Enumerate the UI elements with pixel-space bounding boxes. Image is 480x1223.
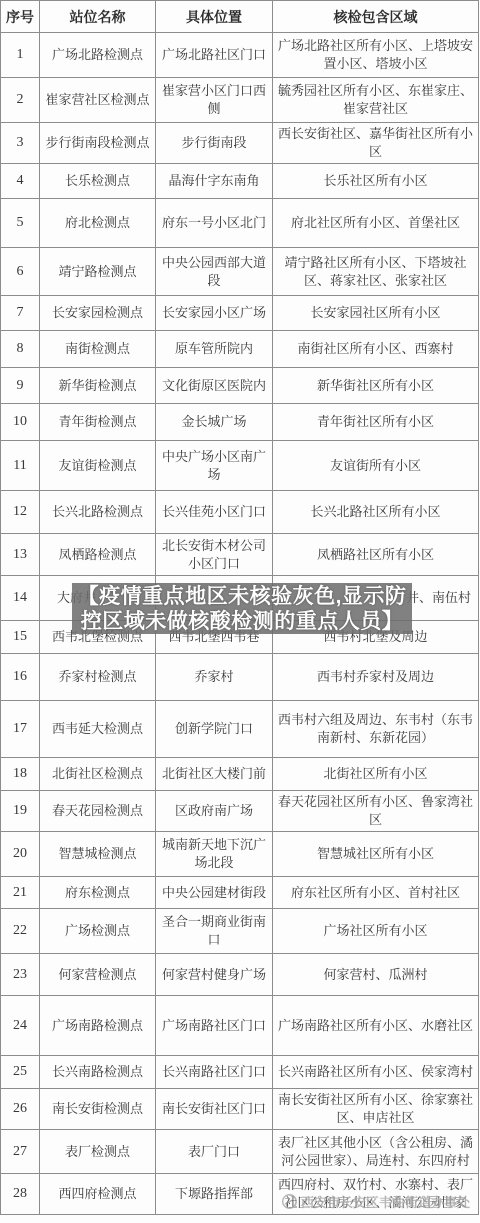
cell-region: 长兴北路社区所有小区 [273,491,478,533]
cell-location: 金长城广场 [156,404,273,440]
cell-name: 崔家营社区检测点 [40,78,156,122]
cell-region: 广场社区所有小区 [273,909,478,953]
column-header: 核检包含区域 [273,1,478,32]
cell-name: 南街检测点 [40,331,156,367]
cell-region: 智慧城社区所有小区 [273,832,478,876]
cell-location: 中央公园建材街段 [156,877,273,908]
cell-location: 下塬路指挥部 [156,1174,273,1214]
cell-name: 西韦延大检测点 [40,701,156,757]
cell-region: 西韦村乔家村及周边 [273,654,478,700]
cell-region: 友谊街所有小区 [273,441,478,490]
table-row: 27表厂检测点表厂门口表厂社区其他小区（含公租房、潏河公园世家）、局连村、东四府… [1,1130,478,1174]
table-row: 9新华街检测点文化街原区医院内新华街社区所有小区 [1,368,478,404]
column-header: 序号 [1,1,40,32]
cell-seq: 27 [1,1130,40,1173]
cell-region: 表厂社区其他小区（含公租房、潏河公园世家）、局连村、东四府村 [273,1130,478,1173]
cell-name: 长兴南路检测点 [40,1056,156,1088]
column-header: 具体位置 [156,1,273,32]
cell-location: 北长安街木材公司小区门口 [156,534,273,575]
cell-name: 乔家村检测点 [40,654,156,700]
cell-name: 长兴北路检测点 [40,491,156,533]
cell-region: 府东社区所有小区、首村社区 [273,877,478,908]
watermark: 西安市长安区韦曲街道办事处 [281,1192,470,1211]
cell-seq: 2 [1,78,40,122]
cell-region: 靖宁路社区所有小区、下塔坡社区、蒋家社区、张家社区 [273,248,478,295]
table-row: 1广场北路检测点广场北路社区门口广场北路社区所有小区、上塔坡安置小区、塔坡小区 [1,33,478,78]
cell-seq: 10 [1,404,40,440]
cell-seq: 24 [1,996,40,1055]
cell-region: 府北社区所有小区、首堡社区 [273,199,478,247]
cell-region: 春天花园社区所有小区、鲁家湾社区 [273,791,478,831]
table-row: 26南长安街检测点南长安街社区门口南长安街社区所有小区、徐家寨社区、申店社区 [1,1089,478,1130]
cell-location: 中央公园西部大道段 [156,248,273,295]
cell-name: 广场检测点 [40,909,156,953]
table-row: 5府北检测点府东一号小区北门府北社区所有小区、首堡社区 [1,199,478,248]
cell-location: 府东一号小区北门 [156,199,273,247]
table-row: 10青年街检测点金长城广场青年街社区所有小区 [1,404,478,441]
cell-name: 凤栖路检测点 [40,534,156,575]
cell-seq: 28 [1,1174,40,1214]
cell-region: 长安家园社区所有小区 [273,296,478,330]
overlay-caption-line2: 控区域未做核酸检测的重点人员】 [81,609,404,634]
cell-seq: 19 [1,791,40,831]
cell-seq: 3 [1,123,40,163]
cell-region: 凤栖路社区所有小区 [273,534,478,575]
cell-region: 毓秀园社区所有小区、东崔家庄、崔家营社区 [273,78,478,122]
table-row: 6靖宁路检测点中央公园西部大道段靖宁路社区所有小区、下塔坡社区、蒋家社区、张家社… [1,248,478,296]
cell-name: 西四府检测点 [40,1174,156,1214]
cell-region: 广场南路社区所有小区、水磨社区 [273,996,478,1055]
cell-location: 南长安街社区门口 [156,1089,273,1129]
cell-region: 广场北路社区所有小区、上塔坡安置小区、塔坡小区 [273,33,478,77]
cell-location: 长兴佳苑小区门口 [156,491,273,533]
table-row: 16乔家村检测点乔家村西韦村乔家村及周边 [1,654,478,701]
cell-location: 乔家村 [156,654,273,700]
cell-region: 北街社区所有小区 [273,758,478,790]
cell-region: 青年街社区所有小区 [273,404,478,440]
watermark-text: 西安市长安区韦曲街道办事处 [301,1192,470,1211]
cell-name: 表厂检测点 [40,1130,156,1173]
cell-seq: 16 [1,654,40,700]
cell-location: 北街社区大楼门前 [156,758,273,790]
cell-location: 区政府南广场 [156,791,273,831]
cell-seq: 4 [1,164,40,198]
table-row: 22广场检测点圣合一期商业街南口广场社区所有小区 [1,909,478,954]
cell-seq: 5 [1,199,40,247]
cell-seq: 14 [1,576,40,620]
table-row: 25长兴南路检测点长兴南路社区门口长兴南路社区所有小区、侯家湾村 [1,1056,478,1089]
table-row: 24广场南路检测点广场南路社区门口广场南路社区所有小区、水磨社区 [1,996,478,1056]
cell-name: 何家营检测点 [40,954,156,995]
table-header-row: 序号站位名称具体位置核检包含区域 [1,1,478,33]
cell-location: 何家营村健身广场 [156,954,273,995]
cell-name: 长乐检测点 [40,164,156,198]
cell-region: 长兴南路社区所有小区、侯家湾村 [273,1056,478,1088]
cell-name: 府东检测点 [40,877,156,908]
cell-seq: 12 [1,491,40,533]
table-row: 19春天花园检测点区政府南广场春天花园社区所有小区、鲁家湾社区 [1,791,478,832]
cell-name: 春天花园检测点 [40,791,156,831]
table-row: 18北街社区检测点北街社区大楼门前北街社区所有小区 [1,758,478,791]
cell-seq: 11 [1,441,40,490]
table-row: 2崔家营社区检测点崔家营小区门口西侧毓秀园社区所有小区、东崔家庄、崔家营社区 [1,78,478,123]
column-header: 站位名称 [40,1,156,32]
cell-location: 广场南路社区门口 [156,996,273,1055]
cell-name: 广场北路检测点 [40,33,156,77]
cell-seq: 23 [1,954,40,995]
cell-seq: 15 [1,621,40,653]
table-row: 8南街检测点原车管所院内南街社区所有小区、西寨村 [1,331,478,368]
cell-region: 西韦村六组及周边、东韦村（东韦南新村、东新花园） [273,701,478,757]
cell-name: 南长安街检测点 [40,1089,156,1129]
cell-seq: 1 [1,33,40,77]
cell-seq: 6 [1,248,40,295]
cell-location: 文化街原区医院内 [156,368,273,403]
cell-name: 府北检测点 [40,199,156,247]
cell-seq: 22 [1,909,40,953]
cell-region: 南长安街社区所有小区、徐家寨社区、申店社区 [273,1089,478,1129]
cell-region: 长乐社区所有小区 [273,164,478,198]
cell-seq: 13 [1,534,40,575]
cell-name: 长安家园检测点 [40,296,156,330]
cell-location: 中央广场小区南广场 [156,441,273,490]
overlay-caption: 【疫情重点地区未核验灰色,显示防 控区域未做核酸检测的重点人员】 [72,583,412,634]
cell-location: 崔家营小区门口西侧 [156,78,273,122]
cell-location: 圣合一期商业街南口 [156,909,273,953]
cell-location: 创新学院门口 [156,701,273,757]
cell-name: 广场南路检测点 [40,996,156,1055]
table-row: 23何家营检测点何家营村健身广场何家营村、瓜洲村 [1,954,478,996]
cell-name: 步行街南段检测点 [40,123,156,163]
table-row: 11友谊街检测点中央广场小区南广场友谊街所有小区 [1,441,478,491]
table-row: 12长兴北路检测点长兴佳苑小区门口长兴北路社区所有小区 [1,491,478,534]
cell-seq: 25 [1,1056,40,1088]
cell-name: 靖宁路检测点 [40,248,156,295]
cell-name: 友谊街检测点 [40,441,156,490]
table-row: 13凤栖路检测点北长安街木材公司小区门口凤栖路社区所有小区 [1,534,478,576]
cell-region: 新华街社区所有小区 [273,368,478,403]
table-row: 3步行街南段检测点步行街南段西长安街社区、嘉华街社区所有小区 [1,123,478,164]
table-row: 20智慧城检测点城南新天地下沉广场北段智慧城社区所有小区 [1,832,478,877]
overlay-caption-line1: 【疫情重点地区未核验灰色,显示防 [78,584,407,609]
cell-location: 长兴南路社区门口 [156,1056,273,1088]
table-row: 17西韦延大检测点创新学院门口西韦村六组及周边、东韦村（东韦南新村、东新花园） [1,701,478,758]
cell-seq: 20 [1,832,40,876]
cell-location: 城南新天地下沉广场北段 [156,832,273,876]
cell-location: 步行街南段 [156,123,273,163]
article-page: 序号站位名称具体位置核检包含区域 1广场北路检测点广场北路社区门口广场北路社区所… [0,0,480,1223]
cell-seq: 8 [1,331,40,367]
cell-name: 北街社区检测点 [40,758,156,790]
cell-region: 何家营村、瓜洲村 [273,954,478,995]
table-row: 21府东检测点中央公园建材街段府东社区所有小区、首村社区 [1,877,478,909]
cell-name: 新华街检测点 [40,368,156,403]
cell-seq: 7 [1,296,40,330]
table-row: 4长乐检测点晶海什字东南角长乐社区所有小区 [1,164,478,199]
cell-name: 智慧城检测点 [40,832,156,876]
cell-location: 表厂门口 [156,1130,273,1173]
cell-seq: 21 [1,877,40,908]
cell-location: 长安家园小区广场 [156,296,273,330]
cell-location: 广场北路社区门口 [156,33,273,77]
cell-location: 晶海什字东南角 [156,164,273,198]
cell-location: 原车管所院内 [156,331,273,367]
swirl-logo-icon [281,1193,298,1210]
cell-region: 南街社区所有小区、西寨村 [273,331,478,367]
cell-seq: 9 [1,368,40,403]
table-row: 7长安家园检测点长安家园小区广场长安家园社区所有小区 [1,296,478,331]
cell-name: 青年街检测点 [40,404,156,440]
cell-region: 西长安街社区、嘉华街社区所有小区 [273,123,478,163]
cell-seq: 18 [1,758,40,790]
cell-seq: 17 [1,701,40,757]
cell-seq: 26 [1,1089,40,1129]
